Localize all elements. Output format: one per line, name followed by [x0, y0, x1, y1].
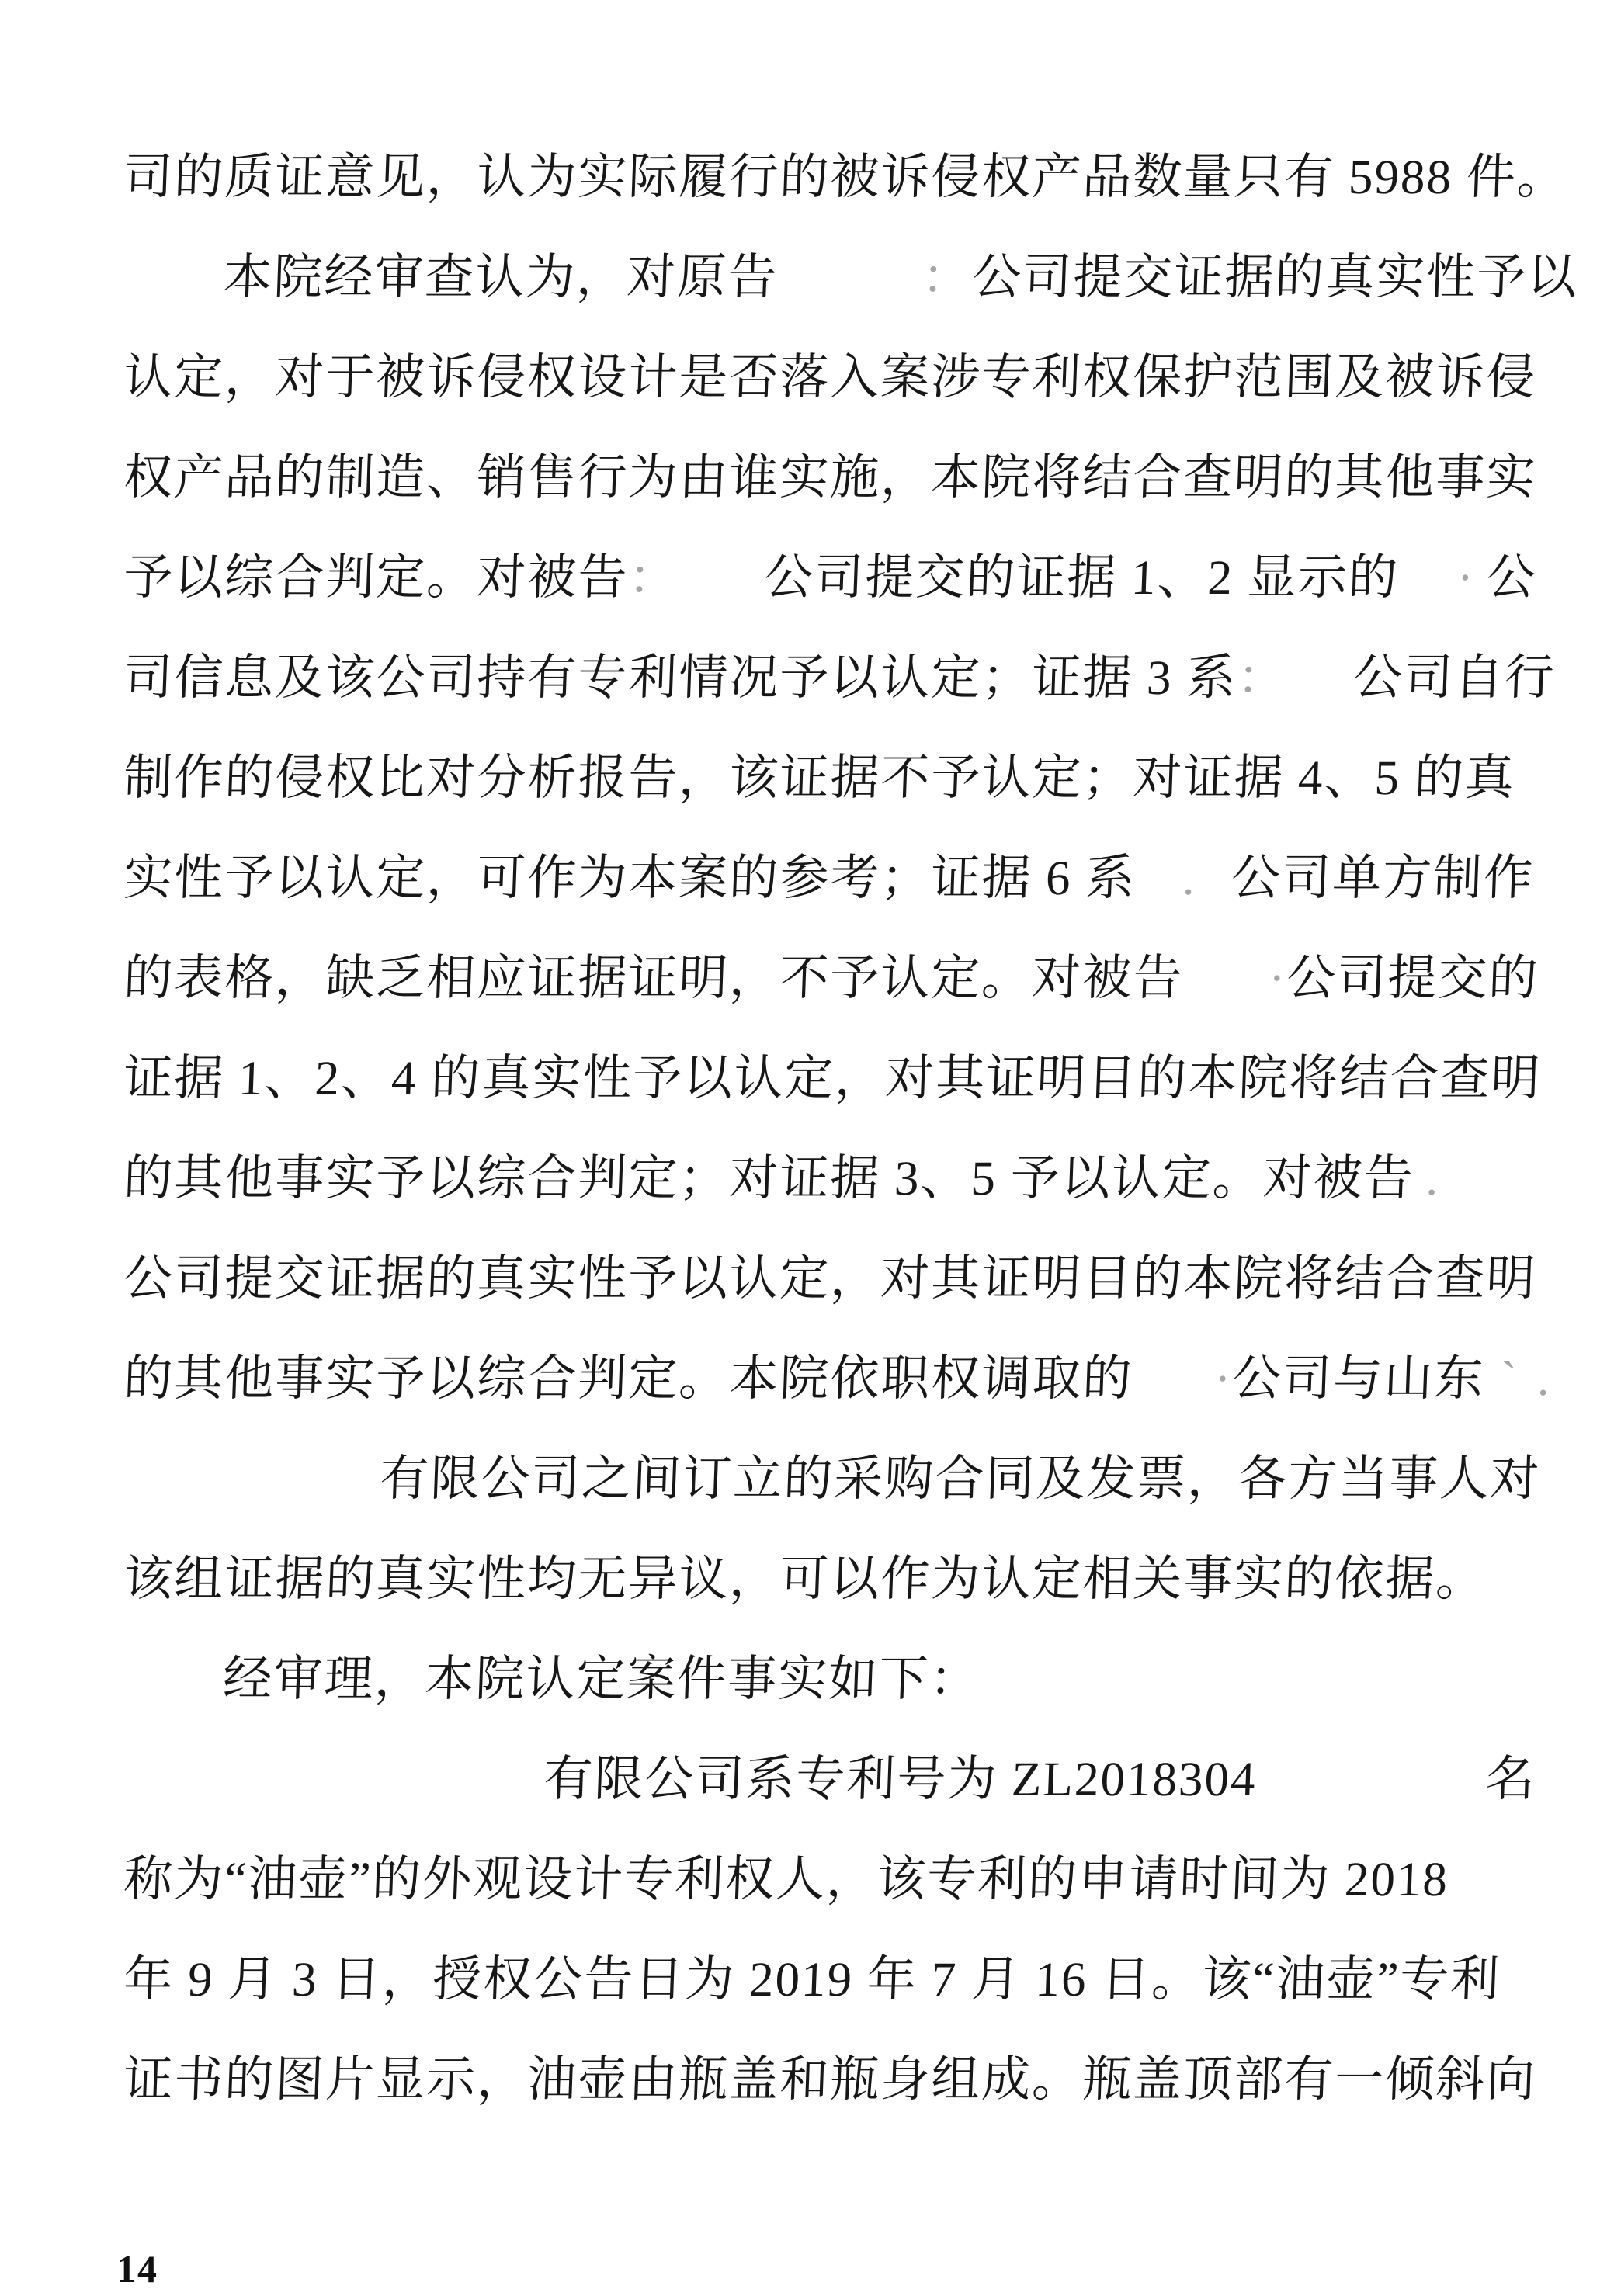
redaction-gap [1474, 592, 1486, 594]
redaction-gap [1287, 692, 1353, 694]
text-line: 年 9 月 3 日，授权公告日为 2019 年 7 月 16 日。该“油壶”专利 [122, 1930, 1535, 2030]
text-line: 的表格，缺乏相应证据证明，不予认定。对被告·公司提交的 [122, 928, 1535, 1028]
redaction-remnant: . [1182, 851, 1197, 905]
redaction-remnant: ： [1236, 650, 1288, 705]
line-text: 经审理，本院认定案件事实如下： [222, 1652, 981, 1706]
redaction-remnant: · [1213, 1351, 1233, 1406]
text-line: 的其他事实予以综合判定；对证据 3、5 予以认定。对被告. [122, 1129, 1535, 1229]
text-line: 权产品的制造、销售行为由谁实施，本院将结合查明的其他事实 [122, 428, 1535, 528]
text-line: 该组证据的真实性均无异议，可以作为认定相关事实的依据。 [122, 1529, 1535, 1629]
line-text: 公司单方制作 [1231, 851, 1535, 905]
redaction-gap [1484, 1393, 1500, 1395]
redaction-remnant: . [1536, 1351, 1552, 1406]
line-text: 称为“油壶”的外观设计专利权人，该专利的申请时间为 2018 [123, 1852, 1449, 1906]
line-text: 公 [1486, 550, 1538, 605]
redaction-gap [778, 292, 922, 293]
line-text: 年 9 月 3 日，授权公告日为 2019 年 7 月 16 日。该“油壶”专利 [123, 1952, 1501, 2006]
redaction-gap [1196, 893, 1231, 894]
line-text: 的其他事实予以综合判定。本院依职权调取的 [123, 1351, 1133, 1406]
redaction-remnant: . [1425, 1151, 1441, 1205]
text-line: 实性予以认定，可作为本案的参考；证据 6 系.公司单方制作 [122, 828, 1535, 928]
line-text: 权产品的制造、销售行为由谁实施，本院将结合查明的其他事实 [123, 450, 1537, 505]
line-text: 名 [1484, 1752, 1536, 1806]
line-text: 认定，对于被诉侵权设计是否落入案涉专利权保护范围及被诉侵 [123, 350, 1537, 404]
line-text: 司信息及该公司持有专利情况予以认定；证据 3 系 [123, 650, 1237, 705]
text-line: 公司提交证据的真实性予以认定，对其证明目的本院将结合查明 [122, 1229, 1535, 1329]
redaction-remnant: ` [1499, 1351, 1519, 1406]
line-text: 公司自行 [1352, 650, 1556, 705]
line-text: 有限公司之间订立的采购合同及发票，各方当事人对 [379, 1451, 1541, 1506]
line-text: 的表格，缺乏相应证据证明，不予认定。对被告 [123, 951, 1184, 1005]
body-text: 司的质证意见，认为实际履行的被诉侵权产品数量只有 5988 件。本院经审查认为，… [123, 127, 1532, 2130]
line-text: 制作的侵权比对分析报告，该证据不予认定；对证据 4、5 的真 [123, 751, 1516, 805]
document-page: 司的质证意见，认为实际履行的被诉侵权产品数量只有 5988 件。本院经审查认为，… [0, 0, 1621, 2296]
text-line: 证据 1、2、4 的真实性予以认定，对其证明目的本院将结合查明 [122, 1028, 1535, 1129]
line-text: 公司提交的证据 1、2 显示的 [763, 550, 1400, 605]
line-text: 公司与山东 [1231, 1351, 1485, 1406]
redaction-gap [679, 592, 764, 594]
text-line: 经审理，本院认定案件事实如下： [122, 1629, 1535, 1729]
redaction-gap [1133, 1393, 1214, 1395]
line-text: 公司提交的 [1286, 951, 1539, 1005]
text-line: 称为“油壶”的外观设计专利权人，该专利的申请时间为 2018 [122, 1830, 1535, 1930]
text-line: 本院经审查认为，对原告：公司提交证据的真实性予以 [122, 227, 1535, 328]
line-text: 公司提交证据的真实性予以认定，对其证明目的本院将结合查明 [123, 1251, 1537, 1306]
text-line: 予以综合判定。对被告：公司提交的证据 1、2 显示的·公 [122, 528, 1535, 628]
text-line: 有限公司之间订立的采购合同及发票，各方当事人对 [122, 1429, 1535, 1529]
redaction-remnant: ： [627, 550, 679, 605]
text-line: 认定，对于被诉侵权设计是否落入案涉专利权保护范围及被诉侵 [122, 328, 1535, 428]
redaction-gap [1518, 1393, 1537, 1395]
line-text: 本院经审查认为，对原告 [222, 250, 779, 304]
redaction-remnant: · [1268, 951, 1287, 1005]
line-text: 的其他事实予以综合判定；对证据 3、5 予以认定。对被告 [123, 1151, 1415, 1205]
redaction-remnant: ： [921, 250, 973, 304]
redaction-gap [1183, 993, 1269, 994]
line-text: 公司提交证据的真实性予以 [971, 250, 1578, 304]
text-line: 司信息及该公司持有专利情况予以认定；证据 3 系：公司自行 [122, 628, 1535, 728]
page-number: 14 [116, 2246, 158, 2291]
line-text: 证据 1、2、4 的真实性予以认定，对其证明目的本院将结合查明 [123, 1051, 1542, 1105]
line-text: 证书的图片显示，油壶由瓶盖和瓶身组成。瓶盖顶部有一倾斜向 [123, 2052, 1537, 2107]
redaction-gap [1256, 1794, 1485, 1795]
redaction-gap [1398, 592, 1456, 594]
text-line: 有限公司系专利号为 ZL2018304名 [122, 1729, 1535, 1830]
text-line: 证书的图片显示，油壶由瓶盖和瓶身组成。瓶盖顶部有一倾斜向 [122, 2030, 1535, 2130]
text-line: 制作的侵权比对分析报告，该证据不予认定；对证据 4、5 的真 [122, 728, 1535, 828]
text-line: 的其他事实予以综合判定。本院依职权调取的·公司与山东`. [122, 1329, 1535, 1429]
line-text: 该组证据的真实性均无异议，可以作为认定相关事实的依据。 [123, 1552, 1487, 1606]
line-text: 实性予以认定，可作为本案的参考；证据 6 系 [123, 851, 1137, 905]
line-text: 司的质证意见，认为实际履行的被诉侵权产品数量只有 5988 件。 [123, 150, 1568, 204]
line-text: 有限公司系专利号为 ZL2018304 [543, 1752, 1258, 1806]
redaction-gap [1136, 893, 1182, 894]
redaction-gap [1414, 1193, 1425, 1195]
redaction-remnant: · [1456, 550, 1476, 605]
text-line: 司的质证意见，认为实际履行的被诉侵权产品数量只有 5988 件。 [122, 127, 1535, 227]
line-text: 予以综合判定。对被告 [123, 550, 629, 605]
